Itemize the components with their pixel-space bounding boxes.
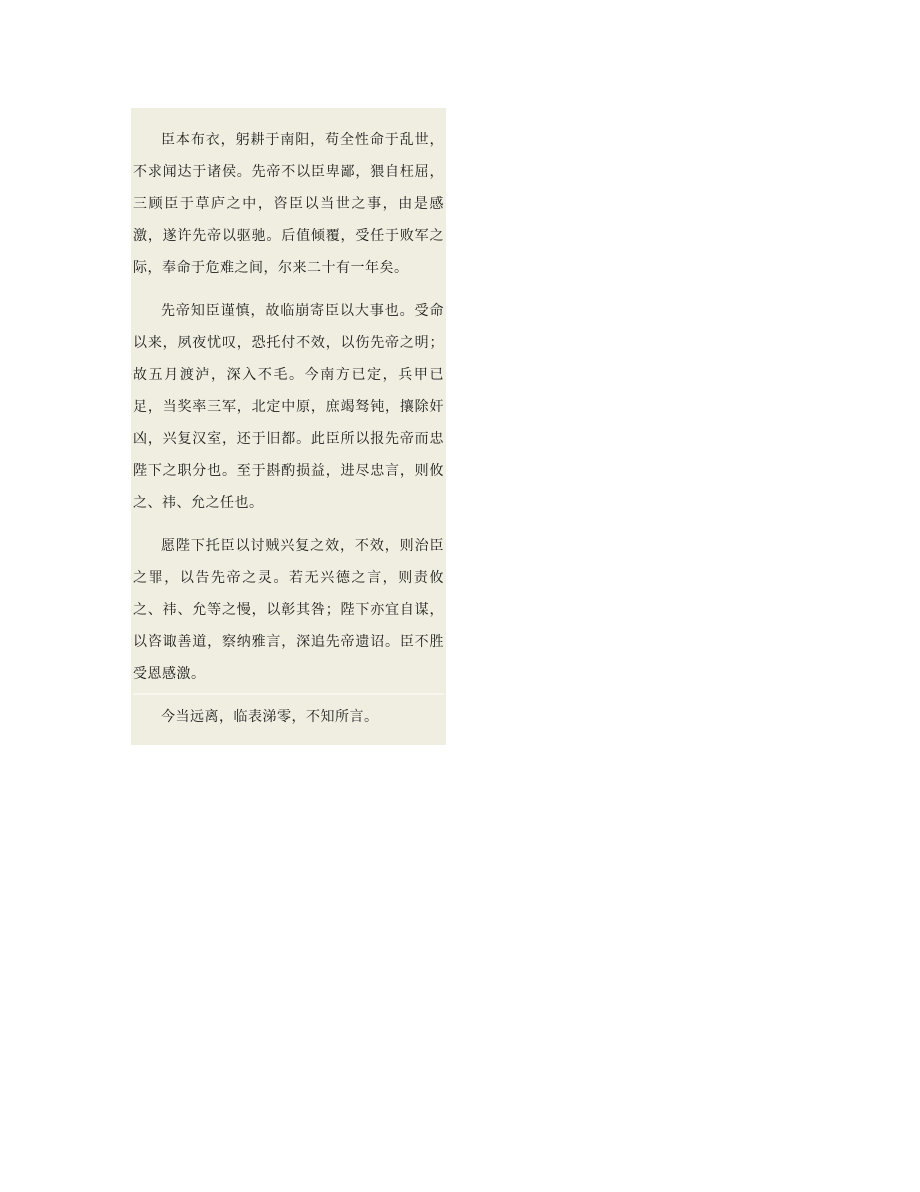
paragraph-divider bbox=[133, 693, 444, 695]
paragraph-yuan-bi-xia: 愿陛下托臣以讨贼兴复之效，不效，则治臣之罪，以告先帝之灵。若无兴德之言，则责攸之… bbox=[133, 529, 444, 689]
paragraph-chen-ben-bu-yi: 臣本布衣，躬耕于南阳，苟全性命于乱世，不求闻达于诸侯。先帝不以臣卑鄙，猥自枉屈，… bbox=[133, 123, 444, 283]
paragraph-jin-dang-yuan-li: 今当远离，临表涕零，不知所言。 bbox=[133, 700, 444, 732]
paragraph-xian-di-zhi-chen: 先帝知臣谨慎，故临崩寄臣以大事也。受命以来，夙夜忧叹，恐托付不效，以伤先帝之明；… bbox=[133, 294, 444, 518]
document-text-panel: 臣本布衣，躬耕于南阳，苟全性命于乱世，不求闻达于诸侯。先帝不以臣卑鄙，猥自枉屈，… bbox=[131, 108, 446, 745]
